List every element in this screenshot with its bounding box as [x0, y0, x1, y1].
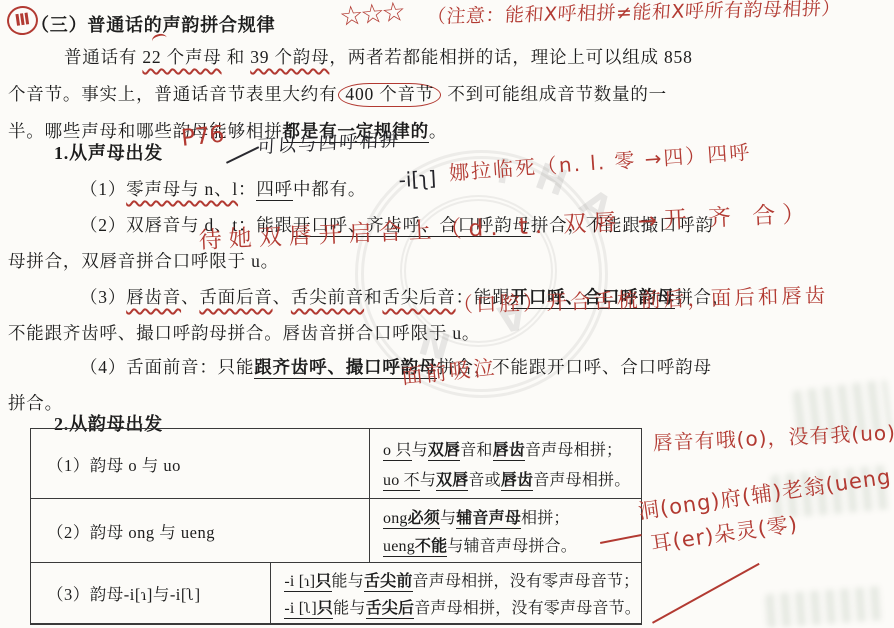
text-run: （3）: [80, 287, 126, 307]
term: 唇齿: [501, 472, 533, 491]
term: 只: [315, 573, 331, 592]
text-run: 、: [273, 287, 291, 307]
apical-back-term: 舌尖后音: [382, 287, 455, 307]
text-run: 不到可能组成音节数量的一: [442, 84, 667, 104]
term: ueng: [383, 538, 415, 557]
text-run: 与辅音声母拼合。: [447, 538, 577, 555]
stars-annotation: ☆☆☆: [338, 0, 404, 33]
text-run: 音和: [460, 442, 492, 459]
text-run: 半。哪些声母和哪些韵母能够相拼: [8, 121, 283, 141]
text-run: 音声母相拼，没有零声母音节。: [414, 600, 641, 617]
text-run: 音声母相拼；: [525, 442, 622, 459]
text-run: 音声母相拼。: [533, 472, 630, 489]
annotation-stroke: [652, 563, 760, 624]
term: ong: [383, 510, 408, 529]
bleedthrough-smudge: [765, 586, 887, 628]
text-run: 不能跟齐齿呼、撮口呼韵母拼合。唇齿音拼合口呼限于 u。: [8, 323, 480, 343]
text-run: 和: [364, 287, 382, 307]
term: 只: [317, 600, 333, 619]
row-content: ong必须与辅音声母相拼； ueng不能与辅音声母拼合。: [370, 499, 641, 562]
text-run: 音或: [468, 472, 500, 489]
mnemonic-note-o-uo: 唇音有哦(o)，没有我(uo): [652, 416, 894, 456]
text-run: 相拼；: [521, 510, 570, 527]
intro-line-1: 普通话有 22 个声母 和 39 个韵母，两者若都能相拼的话，理论上可以组成 8…: [64, 44, 693, 69]
intro-line-2: 个音节。事实上，普通话音节表里大约有400 个音节 不到可能组成音节数量的一: [8, 81, 667, 106]
section-1-heading: 1.从声母出发: [54, 139, 163, 165]
row-content: -i [ɿ]只能与舌尖前音声母相拼，没有零声母音节； -i [ʅ]只能与舌尖后音…: [271, 563, 641, 623]
text-run: 母拼合，双唇音拼合口呼限于 u。: [8, 251, 279, 271]
table-row: （1）韵母 o 与 uo o 只与双唇音和唇齿音声母相拼； uo 不与双唇音或唇…: [31, 429, 641, 499]
term: o 只: [383, 442, 412, 461]
dorsal-term: 舌面后音: [199, 287, 272, 307]
text-run: ：: [238, 179, 256, 199]
syllable-count-circled: 400 个音节: [338, 83, 441, 107]
apical-front-term: 舌尖前音: [291, 287, 364, 307]
text-run: 。: [429, 121, 447, 141]
term: 必须: [408, 510, 440, 529]
initials-count: 22 个声母: [142, 47, 221, 67]
hand-note-apical-i: -i[ʅ]: [398, 166, 437, 192]
top-note-annotation: （注意：能和X呼相拼≠能和X呼所有韵母相拼）: [426, 0, 842, 29]
text-run: 与: [420, 472, 436, 489]
page-title: （三）普通话的声韵拼合规律: [31, 11, 275, 37]
text-run: （4）舌面前音：只能: [80, 357, 254, 377]
zero-initial-term: 零声母与 n、l: [126, 179, 238, 199]
item-3-line-2: 不能跟齐齿呼、撮口呼韵母拼合。唇齿音拼合口呼限于 u。: [8, 320, 480, 345]
rule-line: o 只与双唇音和唇齿音声母相拼；: [383, 437, 641, 460]
row-label: （2）韵母 ong 与 ueng: [31, 499, 370, 562]
table-row: （3）韵母-i[ɿ]与-i[ʅ] -i [ɿ]只能与舌尖前音声母相拼，没有零声母…: [31, 563, 641, 624]
labiodental-term: 唇齿音: [126, 287, 181, 307]
term: 唇齿: [493, 442, 525, 461]
text-run: 普通话有: [64, 47, 142, 67]
item-1-line: （1）零声母与 n、l：四呼中都有。: [80, 176, 366, 201]
finals-rules-table: （1）韵母 o 与 uo o 只与双唇音和唇齿音声母相拼； uo 不与双唇音或唇…: [30, 428, 642, 625]
item-4-line-1: （4）舌面前音：只能跟齐齿呼、撮口呼韵母拼合，不能跟开口呼、合口呼韵母: [80, 354, 712, 379]
finals-count: 39 个韵母: [250, 47, 329, 67]
term: 舌尖后: [366, 600, 415, 619]
text-run: 音声母相拼，没有零声母音节；: [413, 573, 640, 590]
text-run: 能与: [332, 573, 364, 590]
row-label: （3）韵母-i[ɿ]与-i[ʅ]: [31, 563, 271, 623]
four-hu-term: 四呼: [256, 179, 293, 201]
rule-line: -i [ʅ]只能与舌尖后音声母相拼，没有零声母音节。: [284, 595, 641, 618]
rule-line: -i [ɿ]只能与舌尖前音声母相拼，没有零声母音节；: [284, 568, 641, 591]
term: uo 不: [383, 472, 420, 491]
text-run: （1）: [80, 179, 126, 199]
row-content: o 只与双唇音和唇齿音声母相拼； uo 不与双唇音或唇齿音声母相拼。: [370, 429, 641, 498]
term: -i [ʅ]: [284, 600, 317, 619]
term: 舌尖前: [364, 573, 413, 592]
text-run: ，两者若都能相拼的话，理论上可以组成 858: [329, 47, 692, 67]
rule-line: uo 不与双唇音或唇齿音声母相拼。: [383, 467, 641, 490]
hand-connector-line: [226, 146, 259, 164]
term: 不能: [415, 538, 447, 557]
term: 辅音声母: [456, 510, 521, 529]
text-run: 中都有。: [293, 179, 366, 199]
text-run: 个音节。事实上，普通话音节表里大约有: [8, 84, 337, 104]
term: -i [ɿ]: [284, 573, 315, 592]
mnemonic-note-1: 娜拉临死（n. l. 零 →四）四呼: [448, 136, 752, 186]
page-ref-annotation: P76: [180, 121, 226, 151]
row-label: （1）韵母 o 与 uo: [31, 429, 370, 498]
text-run: 与: [440, 510, 456, 527]
text-run: 能与: [333, 600, 365, 617]
rule-line: ong必须与辅音声母相拼；: [383, 505, 641, 528]
scanned-notes-page: H A I A N Ⅲ （三）普通话的声韵拼合规律 ☆☆☆ （注意：能和X呼相拼…: [0, 0, 894, 628]
text-run: 和: [222, 47, 251, 67]
term: 双唇: [436, 472, 468, 491]
term: 双唇: [428, 442, 460, 461]
rule-line: ueng不能与辅音声母拼合。: [383, 533, 641, 556]
text-run: 、: [181, 287, 199, 307]
text-run: 与: [412, 442, 428, 459]
mnemonic-note-ong-ueng: 洞(ong)府(辅)老翁(ueng 耳(er)朵灵(零): [636, 460, 894, 559]
table-row: （2）韵母 ong 与 ueng ong必须与辅音声母相拼； ueng不能与辅音…: [31, 499, 641, 563]
